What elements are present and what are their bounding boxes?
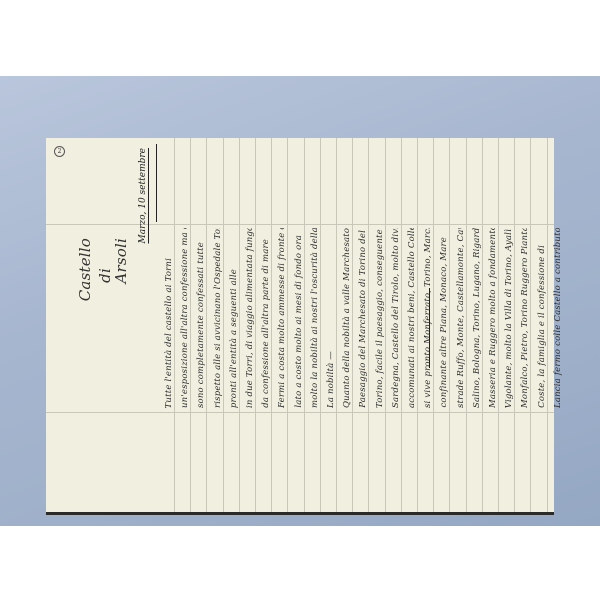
text-line: Sardegna, Castello del Tirolo, molto div… bbox=[391, 228, 401, 408]
horizontal-rule bbox=[46, 412, 554, 413]
vertical-rule bbox=[174, 138, 175, 512]
text-line: Monfalco, Pietro, Torino Ruggero Pianta bbox=[520, 228, 530, 408]
vertical-rule bbox=[449, 138, 450, 512]
vertical-rule bbox=[368, 138, 369, 512]
vertical-rule bbox=[190, 138, 191, 512]
text-line: Salino, Bologna, Torino, Lugano, Rigardo bbox=[472, 228, 482, 408]
vertical-rule bbox=[271, 138, 272, 512]
vertical-rule bbox=[401, 138, 402, 512]
vertical-rule bbox=[255, 138, 256, 512]
text-line: Vigolante, molto la Villa di Torino, Aya… bbox=[504, 229, 514, 408]
text-line: La nobiltà — bbox=[326, 351, 336, 408]
date-underline bbox=[156, 144, 157, 222]
vertical-rule bbox=[336, 138, 337, 512]
text-line: lato a costo molto ai mesi di fondo ora bbox=[294, 235, 304, 408]
vertical-rule bbox=[223, 138, 224, 512]
date-heading: Marzo, 10 settembre bbox=[138, 148, 148, 244]
vertical-rule bbox=[352, 138, 353, 512]
vertical-rule bbox=[239, 138, 240, 512]
closing-mark bbox=[429, 288, 430, 368]
vertical-rule bbox=[206, 138, 207, 512]
text-line: da confessione all'altra parte di mare bbox=[261, 239, 271, 408]
vertical-rule bbox=[547, 138, 548, 512]
vertical-rule bbox=[320, 138, 321, 512]
text-line: Paesaggio del Marchesato di Torino del bbox=[358, 230, 368, 408]
text-line: sono completamente confessati tutte bbox=[196, 242, 206, 408]
page-number-badge: 2 bbox=[54, 146, 65, 157]
vertical-rule bbox=[514, 138, 515, 512]
text-line: in due Torri, di viaggio alimentata fung… bbox=[245, 228, 255, 408]
text-line: Torino, facile il paesaggio, conseguente… bbox=[375, 228, 385, 408]
text-line: strade Ruffo, Monte, Castellamonte, Cava bbox=[456, 228, 466, 408]
vertical-rule bbox=[304, 138, 305, 512]
title-line: Castello bbox=[76, 238, 94, 301]
title-line: Arsoli bbox=[112, 238, 130, 284]
text-line: pronti all'entità a seguenti alle bbox=[229, 269, 239, 408]
vertical-rule bbox=[417, 138, 418, 512]
text-line: Tutte l'entità del castello ai Torni bbox=[164, 258, 174, 408]
vertical-rule bbox=[482, 138, 483, 512]
vertical-rule bbox=[385, 138, 386, 512]
text-line: confinante altre Piana, Monaco, Mare bbox=[439, 237, 449, 408]
text-line: Quanto della nobiltà a valle Marchesato bbox=[342, 228, 352, 408]
text-line: un'esposizione all'altra confessione ma … bbox=[180, 228, 190, 408]
vertical-rule bbox=[530, 138, 531, 512]
text-line: molto la nobiltà ai nostri l'oscurità de… bbox=[310, 228, 320, 408]
text-line: Coste, la famiglia e il confessione di bbox=[537, 245, 547, 408]
vertical-rule bbox=[433, 138, 434, 512]
manuscript-page: 2 Marzo, 10 settembre CastellodiArsoli T… bbox=[46, 138, 554, 512]
text-line: rispetto alle si avvicinano l'Ospedale T… bbox=[213, 228, 223, 408]
horizontal-rule bbox=[46, 224, 554, 225]
vertical-rule bbox=[498, 138, 499, 512]
text-line: Masseria e Ruggero molto a fondamento de… bbox=[488, 228, 498, 408]
text-line: Lancia fermo colle Castello a contributo bbox=[553, 228, 563, 408]
vertical-rule bbox=[466, 138, 467, 512]
text-line: accomunati ai nostri beni, Castello Coll… bbox=[407, 228, 417, 408]
vertical-rule bbox=[287, 138, 288, 512]
text-line: Fermi a costa molto ammesse di fronte co… bbox=[277, 228, 287, 408]
